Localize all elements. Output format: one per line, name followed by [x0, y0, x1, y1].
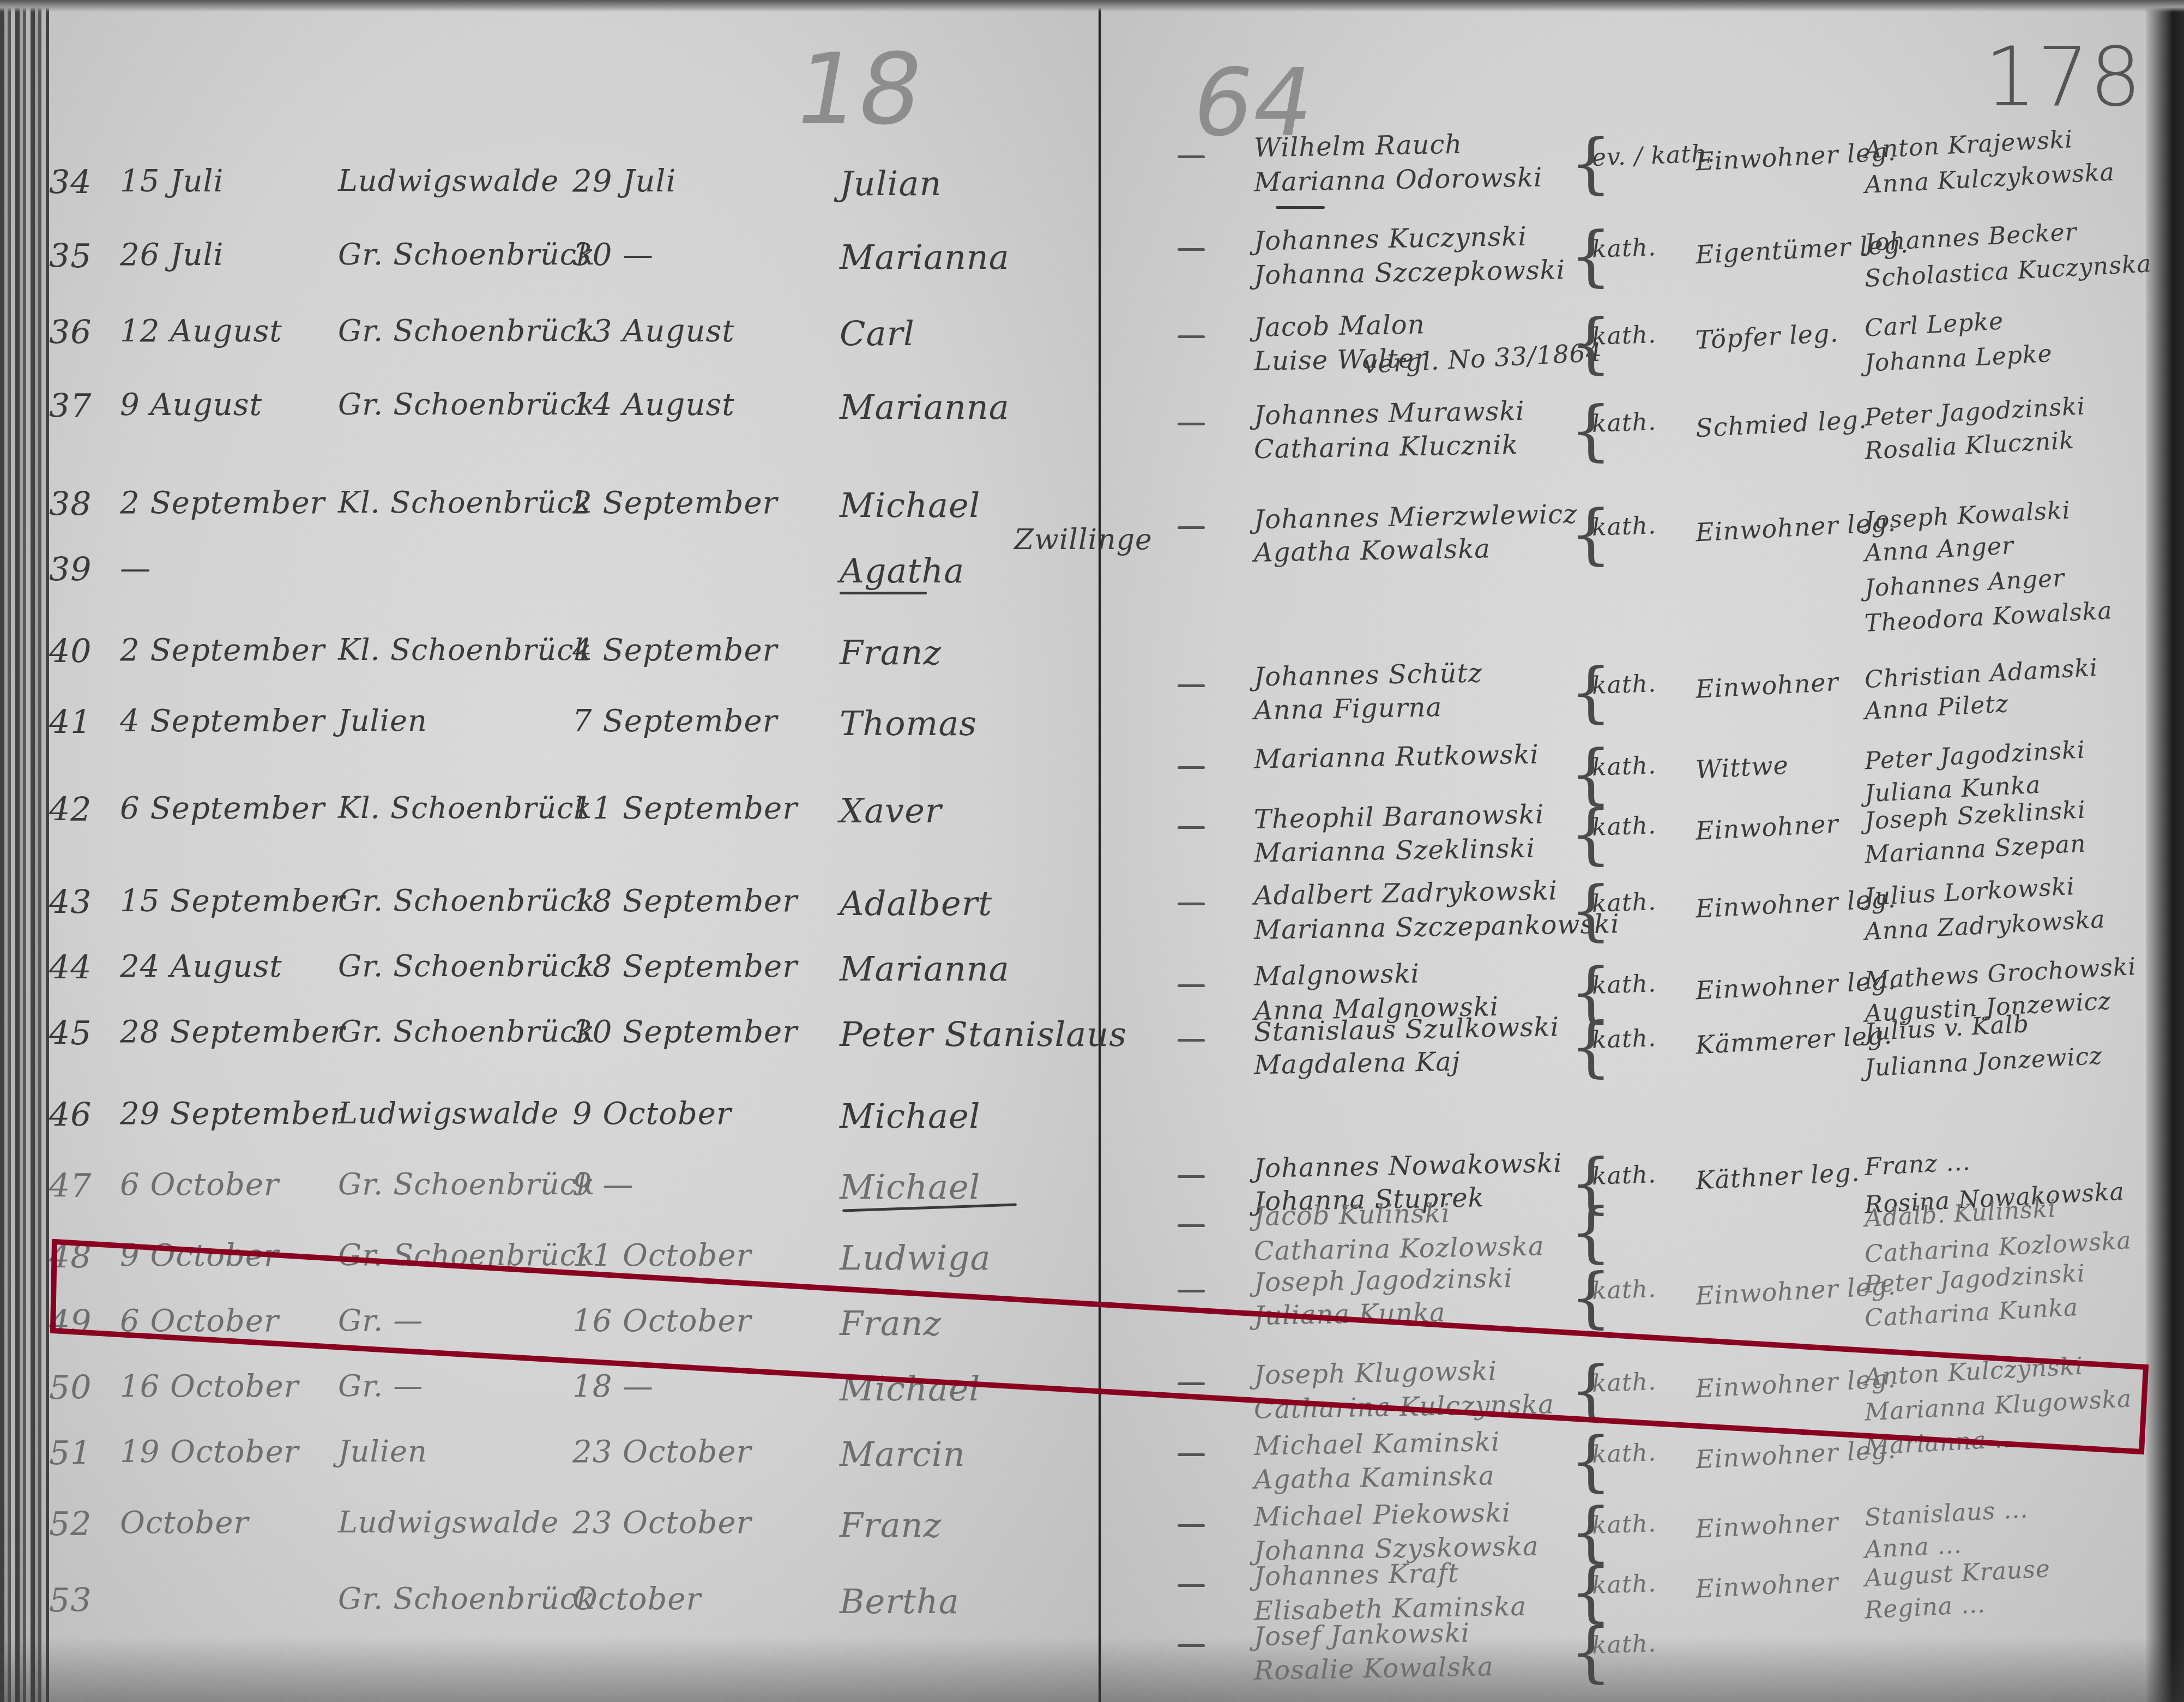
underline-odorowski [1276, 206, 1325, 209]
birth-date: 24 August [120, 949, 282, 984]
baptism-date: 7 September [572, 703, 777, 739]
baptism-date: 18 September [572, 949, 798, 984]
page-bottom-shadow [0, 1637, 2184, 1702]
birth-place: Gr. Schoenbrück [338, 1014, 595, 1049]
baptism-date: 30 — [572, 237, 654, 273]
birth-date: 6 October [120, 1303, 279, 1339]
row-dash-marker [1178, 248, 1205, 251]
row-number: 45 [49, 1014, 92, 1053]
row-number: 49 [49, 1303, 92, 1342]
parent-name: Juliana Kunka [1254, 1297, 1446, 1331]
row-dash-marker [1178, 1644, 1205, 1647]
parent-name: Johannes Kuczynski [1254, 221, 1528, 257]
row-number: 52 [49, 1505, 92, 1543]
row-dash-marker [1178, 1175, 1205, 1178]
birth-place: Gr. — [338, 1303, 423, 1338]
row-dash-marker [1178, 684, 1205, 687]
parent-name: Joseph Jagodzinski [1254, 1263, 1513, 1298]
row-dash-marker [1178, 1382, 1205, 1385]
row-number: 42 [49, 791, 92, 829]
child-name: Marianna [840, 237, 1010, 277]
birth-place: Gr. Schoenbrück [338, 1238, 595, 1272]
row-dash-marker [1178, 1524, 1205, 1527]
book-binding-edge [0, 0, 49, 1702]
child-name: Agatha [840, 551, 964, 591]
child-name: Ludwiga [840, 1238, 991, 1278]
grouping-brace: { [1570, 1352, 1612, 1428]
grouping-brace: { [1570, 873, 1612, 948]
parent-name: Rosalie Kowalska [1254, 1651, 1494, 1686]
birth-date: — [120, 551, 151, 586]
parent-name: Catharina Klucznik [1254, 430, 1519, 465]
row-dash-marker [1178, 903, 1205, 905]
grouping-brace: { [1570, 654, 1612, 730]
birth-place: Gr. Schoenbrück [338, 1167, 595, 1201]
child-name: Peter Stanislaus [840, 1014, 1127, 1054]
baptism-date: 9 — [572, 1167, 634, 1202]
parent-name: Michael Kaminski [1254, 1427, 1500, 1462]
parent-name: Agatha Kaminska [1254, 1460, 1495, 1495]
birth-date: October [120, 1505, 249, 1541]
child-name: Franz [840, 633, 942, 672]
birth-date: 4 September [120, 703, 325, 739]
child-name: Franz [840, 1303, 942, 1343]
baptism-date: 11 September [572, 791, 798, 826]
grouping-brace: { [1570, 1614, 1612, 1690]
child-name: Michael [840, 1096, 980, 1136]
parent-name: Johanna Szczepkowski [1254, 255, 1566, 291]
baptism-date: 9 October [572, 1096, 732, 1132]
parent-name: Agatha Kowalska [1254, 533, 1491, 568]
parent-name: Joseph Klugowski [1254, 1356, 1498, 1391]
child-name: Marianna [840, 387, 1010, 427]
parent-name: Josef Jankowski [1254, 1618, 1470, 1652]
note-twins: Zwillinge [1014, 524, 1153, 556]
birth-date: 19 October [120, 1434, 299, 1470]
birth-place: Gr. Schoenbrück [338, 1581, 595, 1616]
child-name: Bertha [840, 1581, 960, 1621]
row-number: 34 [49, 164, 92, 202]
row-number: 44 [49, 949, 92, 987]
row-number: 48 [49, 1238, 92, 1276]
row-dash-marker [1178, 766, 1205, 769]
birth-place: Ludwigswalde [338, 164, 559, 198]
child-name: Marcin [840, 1434, 966, 1474]
child-name: Thomas [840, 703, 977, 743]
baptism-date: 2 September [572, 485, 777, 521]
parent-name: Johannes Mierzwlewicz [1254, 499, 1578, 535]
parent-name: Marianna Odorowski [1254, 162, 1543, 197]
row-number: 46 [49, 1096, 92, 1134]
status: Wittwe [1695, 750, 1789, 785]
grouping-brace: { [1570, 796, 1612, 872]
child-name: Carl [840, 314, 915, 353]
parent-name: Johannes Nowakowski [1254, 1148, 1562, 1184]
grouping-brace: { [1570, 1194, 1612, 1270]
birth-date: 9 August [120, 387, 262, 423]
grouping-brace: { [1570, 305, 1612, 381]
birth-date: 26 Juli [120, 237, 224, 273]
baptism-date: October [572, 1581, 701, 1617]
row-number: 40 [49, 633, 92, 671]
parent-name: Stanislaus Szulkowski [1254, 1012, 1560, 1048]
baptism-date: 29 Juli [572, 164, 676, 199]
parent-name: Adalbert Zadrykowski [1254, 875, 1558, 911]
row-dash-marker [1178, 1290, 1205, 1292]
child-name: Michael [840, 485, 980, 525]
birth-date: 2 September [120, 633, 325, 668]
godparent-name: Anna ... [1864, 1531, 1963, 1563]
parent-name: Jacob Malon [1254, 309, 1425, 342]
baptism-date: 23 October [572, 1505, 751, 1541]
birth-date: 12 August [120, 314, 282, 349]
parent-name: Anna Figurna [1254, 692, 1443, 726]
birth-place: Gr. Schoenbrück [338, 314, 595, 348]
baptism-date: 18 September [572, 883, 798, 919]
parent-name: Marianna Szeklinski [1254, 833, 1536, 869]
grouping-brace: { [1570, 125, 1612, 201]
baptism-date: 30 September [572, 1014, 798, 1050]
row-dash-marker [1178, 155, 1205, 158]
child-name: Marianna [840, 949, 1010, 989]
parent-name: Malgnowski [1254, 958, 1420, 991]
parent-name: Johannes Schütz [1254, 658, 1483, 692]
child-name: Michael [840, 1167, 980, 1207]
child-name: Franz [840, 1505, 942, 1545]
baptism-date: 18 — [572, 1369, 654, 1404]
row-number: 51 [49, 1434, 92, 1472]
birth-place: Kl. Schoenbrück [338, 485, 592, 520]
left-page-number: 18 [786, 33, 932, 147]
birth-date: 29 September [120, 1096, 345, 1132]
parent-name: Johannes Murawski [1254, 396, 1525, 431]
row-dash-marker [1178, 1584, 1205, 1587]
row-number: 37 [49, 387, 92, 425]
baptism-date: 14 August [572, 387, 735, 423]
row-dash-marker [1178, 526, 1205, 529]
birth-date: 6 September [120, 791, 325, 826]
birth-date: 15 September [120, 883, 345, 919]
birth-place: Gr. — [338, 1369, 423, 1403]
parent-name: Jacob Kulinski [1254, 1198, 1451, 1232]
birth-place: Kl. Schoenbrück [338, 633, 592, 667]
parent-name: Johannes Kraft [1254, 1558, 1459, 1592]
birth-place: Kl. Schoenbrück [338, 791, 592, 825]
register-spread: 18 64 178 vergl. No 33/1864 3415 JuliLud… [0, 0, 2184, 1702]
row-dash-marker [1178, 423, 1205, 425]
row-dash-marker [1178, 335, 1205, 338]
parent-name: Luise Walter [1254, 343, 1428, 377]
birth-place: Gr. Schoenbrück [338, 949, 595, 983]
row-dash-marker [1178, 826, 1205, 829]
row-number: 43 [49, 883, 92, 922]
row-dash-marker [1178, 1039, 1205, 1042]
folio-number: 178 [1984, 30, 2142, 125]
page-top-edge [0, 0, 2184, 12]
baptism-date: 4 September [572, 633, 777, 668]
grouping-brace: { [1570, 496, 1612, 572]
row-number: 36 [49, 314, 92, 352]
parent-name: Catharina Kulczynska [1254, 1389, 1555, 1425]
birth-place: Julien [338, 1434, 427, 1469]
row-number: 53 [49, 1581, 92, 1620]
parent-name: Wilhelm Rauch [1254, 129, 1463, 164]
grouping-brace: { [1570, 218, 1612, 294]
grouping-brace: { [1570, 393, 1612, 468]
row-number: 41 [49, 703, 92, 742]
grouping-brace: { [1570, 1009, 1612, 1085]
child-name: Julian [840, 164, 942, 203]
parent-name: Marianna Szczepankowski [1254, 909, 1620, 946]
row-number: 50 [49, 1369, 92, 1407]
parent-name: Catharina Kozlowska [1254, 1231, 1545, 1266]
row-number: 35 [49, 237, 92, 275]
birth-date: 2 September [120, 485, 325, 521]
baptism-date: 13 August [572, 314, 735, 349]
birth-place: Ludwigswalde [338, 1096, 559, 1130]
grouping-brace: { [1570, 1423, 1612, 1499]
child-name: Michael [840, 1369, 980, 1409]
row-number: 47 [49, 1167, 92, 1205]
birth-date: 6 October [120, 1167, 279, 1202]
birth-date: 28 September [120, 1014, 345, 1050]
birth-date: 15 Juli [120, 164, 224, 199]
birth-place: Gr. Schoenbrück [338, 883, 595, 918]
book-binding-edge-right [2146, 0, 2184, 1702]
row-dash-marker [1178, 1453, 1205, 1456]
parent-name: Magdalena Kaj [1254, 1047, 1461, 1081]
row-dash-marker [1178, 984, 1205, 987]
parent-name: Theophil Baranowski [1254, 799, 1545, 834]
child-name: Xaver [840, 791, 942, 831]
underline-agatha [840, 592, 927, 594]
baptism-date: 23 October [572, 1434, 751, 1470]
baptism-date: 11 October [572, 1238, 751, 1273]
parent-name: Michael Piekowski [1254, 1497, 1511, 1532]
godparent-name: Franz ... [1864, 1148, 1971, 1181]
birth-place: Ludwigswalde [338, 1505, 559, 1539]
child-name: Adalbert [840, 883, 992, 923]
birth-place: Julien [338, 703, 427, 738]
birth-date: 16 October [120, 1369, 299, 1404]
birth-place: Gr. Schoenbrück [338, 387, 595, 422]
row-dash-marker [1178, 1224, 1205, 1227]
grouping-brace: { [1570, 1260, 1612, 1336]
parent-name: Marianna Rutkowski [1254, 739, 1540, 774]
birth-date: 9 October [120, 1238, 279, 1273]
birth-place: Gr. Schoenbrück [338, 237, 595, 272]
page-gutter [1099, 0, 1101, 1702]
row-number: 38 [49, 485, 92, 524]
baptism-date: 16 October [572, 1303, 751, 1339]
row-number: 39 [49, 551, 92, 589]
